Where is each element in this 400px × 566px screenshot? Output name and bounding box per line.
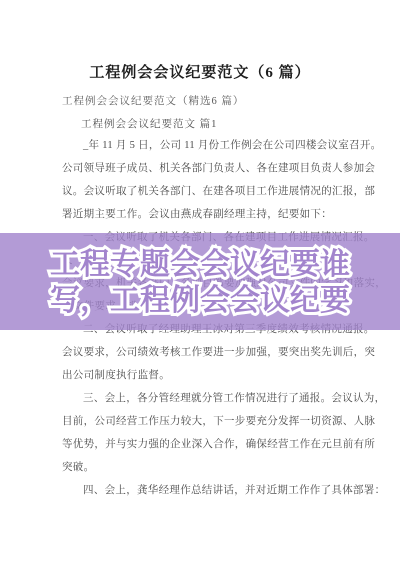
body-line: 等优势，并与实力强的企业深入合作，确保经营工作在元旦前有所: [62, 433, 356, 456]
body-line: 署近期主要工作。会议由燕成春副经理主持，纪要如下：: [62, 203, 356, 226]
body-line: 公司领导班子成员、机关各部门负责人、各在建项目负责人参加会: [62, 157, 356, 180]
body-line: 突破。: [62, 456, 356, 479]
body-line: _年 11 月 5 日，公司 11 月份工作例会在公司四楼会议室召开。: [62, 134, 356, 157]
document-page: 工程例会会议纪要范文（6 篇） 工程例会会议纪要范文（精选6 篇） 工程例会会议…: [0, 0, 400, 566]
body-line: 议。会议听取了机关各部门、在建各项目工作进展情况的汇报，部: [62, 180, 356, 203]
body-line: 会议要求，公司绩效考核工作要进一步加强，要突出奖先训后，突: [62, 341, 356, 364]
body-line: 四、会上，龚华经理作总结讲话，并对近期工作作了具体部署：: [62, 479, 356, 502]
document-title: 工程例会会议纪要范文（6 篇）: [0, 61, 400, 82]
watermark-caption-line1: 工程专题会会议纪要谁: [0, 247, 400, 283]
watermark-caption: 工程专题会会议纪要谁 写，工程例会会议纪要: [0, 247, 400, 319]
body-line: 出公司制度执行监督。: [62, 364, 356, 387]
body-line: 目前，公司经营工作压力较大，下一步要充分发挥一切资源、人脉: [62, 410, 356, 433]
watermark-caption-line2: 写，工程例会会议纪要: [0, 283, 400, 319]
body-line: 三、会上，各分管经理就分管工作情况进行了通报。会议认为，: [62, 387, 356, 410]
section-heading: 工程例会会议纪要范文 篇1: [81, 116, 217, 131]
watermark-band: 工程专题会会议纪要谁 写，工程例会会议纪要: [0, 233, 400, 330]
document-subtitle: 工程例会会议纪要范文（精选6 篇）: [62, 93, 244, 108]
